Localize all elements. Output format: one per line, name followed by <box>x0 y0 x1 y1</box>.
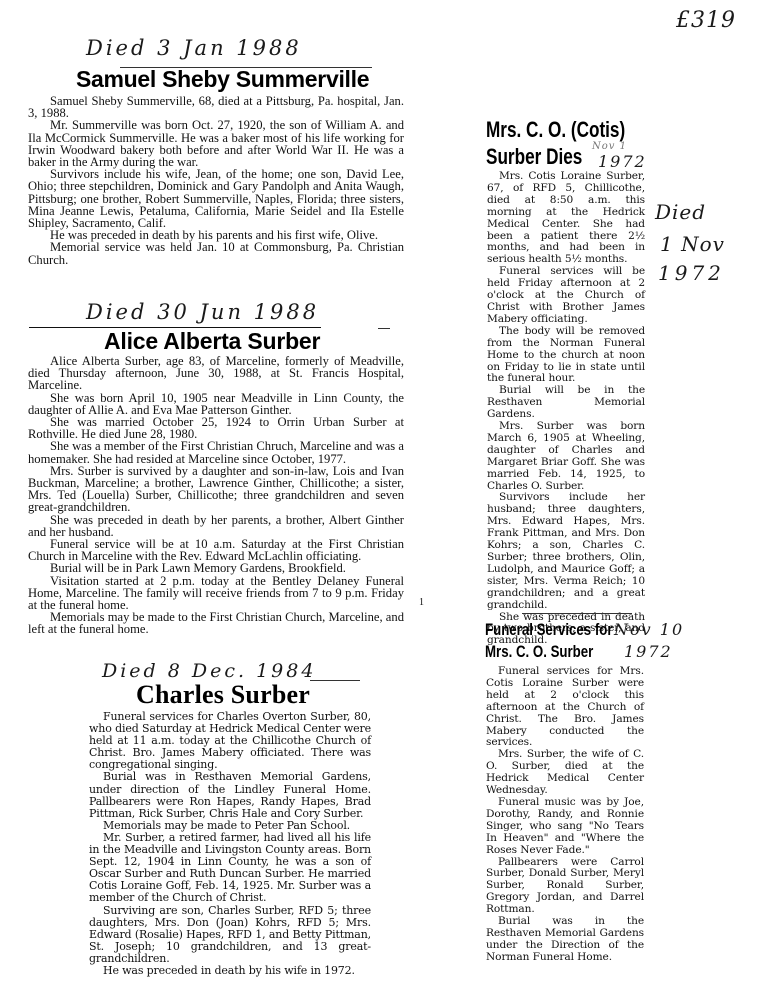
paragraph: Mrs. Surber was born March 6, 1905 at Wh… <box>487 421 645 492</box>
paragraph: Mrs. Surber is survived by a daughter an… <box>28 465 404 514</box>
page-number-annotation: £319 <box>676 8 736 33</box>
paragraph: Survivors include his wife, Jean, of the… <box>28 168 404 229</box>
section-rule-end <box>378 328 390 329</box>
handwritten-service-date: Nov 10 <box>614 620 684 639</box>
paragraph: Mrs. Surber, the wife of C. O. Surber, d… <box>486 749 644 797</box>
paragraph: Burial will be in Park Lawn Memory Garde… <box>28 562 404 574</box>
paragraph: Pallbearers were Carrol Surber, Donald S… <box>486 857 644 917</box>
paragraph: Samuel Sheby Summerville, 68, died at a … <box>28 95 404 119</box>
paragraph: Burial will be in the Resthaven Memorial… <box>487 385 645 421</box>
section-divider <box>522 613 632 614</box>
obituary-body: Mrs. Cotis Loraine Surber, 67, of RFD 5,… <box>487 171 645 647</box>
handwritten-margin-note-year: 1972 <box>658 261 725 285</box>
paragraph: Funeral services will be held Friday aft… <box>487 266 645 326</box>
obituary-body: Alice Alberta Surber, age 83, of Marceli… <box>28 355 404 636</box>
paragraph: Memorials may be made to the First Chris… <box>28 611 404 635</box>
section-rule <box>310 680 360 681</box>
paragraph: Mr. Summerville was born Oct. 27, 1920, … <box>28 119 404 168</box>
handwritten-death-date: Died 30 Jun 1988 <box>86 300 319 324</box>
paragraph: She was preceded in death by her parents… <box>28 514 404 538</box>
handwritten-death-date: Died 3 Jan 1988 <box>86 36 302 60</box>
paragraph: Funeral services for Charles Overton Sur… <box>89 711 371 771</box>
obituary-body: Samuel Sheby Summerville, 68, died at a … <box>28 95 404 266</box>
paragraph: Mr. Surber, a retired farmer, had lived … <box>89 832 371 905</box>
paragraph: He was preceded in death by his wife in … <box>89 965 371 977</box>
notice-headline-line-1: Funeral Services for <box>485 620 613 640</box>
paragraph: Surviving are son, Charles Surber, RFD 5… <box>89 905 371 965</box>
paragraph: Funeral service will be at 10 a.m. Satur… <box>28 538 404 562</box>
obituary-headline-line-2: Surber Dies <box>486 144 582 170</box>
handwritten-year: 1972 <box>598 152 647 171</box>
paragraph: Visitation started at 2 p.m. today at th… <box>28 575 404 612</box>
notice-headline-line-2: Mrs. C. O. Surber <box>485 642 593 662</box>
obituary-headline-line-1: Mrs. C. O. (Cotis) <box>486 117 625 143</box>
paragraph: She was born April 10, 1905 near Meadvil… <box>28 392 404 416</box>
paragraph: Memorial service was held Jan. 10 at Com… <box>28 241 404 265</box>
obituary-headline: Alice Alberta Surber <box>104 328 320 355</box>
paragraph: She was a member of the First Christian … <box>28 440 404 464</box>
handwritten-faint-note: Nov 1 <box>592 141 627 152</box>
paragraph: Burial was in the Resthaven Memorial Gar… <box>486 916 644 964</box>
paragraph: Alice Alberta Surber, age 83, of Marceli… <box>28 355 404 392</box>
stray-margin-mark: 1 <box>419 597 424 608</box>
paragraph: Funeral services for Mrs. Cotis Loraine … <box>486 666 644 749</box>
paragraph: She was married October 25, 1924 to Orri… <box>28 416 404 440</box>
paragraph: Burial was in Resthaven Memorial Gardens… <box>89 771 371 819</box>
notice-body: Funeral services for Mrs. Cotis Loraine … <box>486 666 644 964</box>
paragraph: Survivors include her husband; three dau… <box>487 492 645 611</box>
paragraph: The body will be removed from the Norman… <box>487 326 645 386</box>
obituary-headline: Samuel Sheby Summerville <box>76 66 369 93</box>
handwritten-margin-note-died: Died <box>655 200 706 224</box>
handwritten-service-year: 1972 <box>624 642 673 661</box>
paragraph: Mrs. Cotis Loraine Surber, 67, of RFD 5,… <box>487 171 645 266</box>
handwritten-margin-note-date: 1 Nov <box>660 232 725 256</box>
obituary-headline: Charles Surber <box>136 680 310 710</box>
handwritten-death-date: Died 8 Dec. 1984 <box>102 660 316 682</box>
paragraph: Funeral music was by Joe, Dorothy, Randy… <box>486 797 644 857</box>
obituary-body: Funeral services for Charles Overton Sur… <box>89 711 371 977</box>
